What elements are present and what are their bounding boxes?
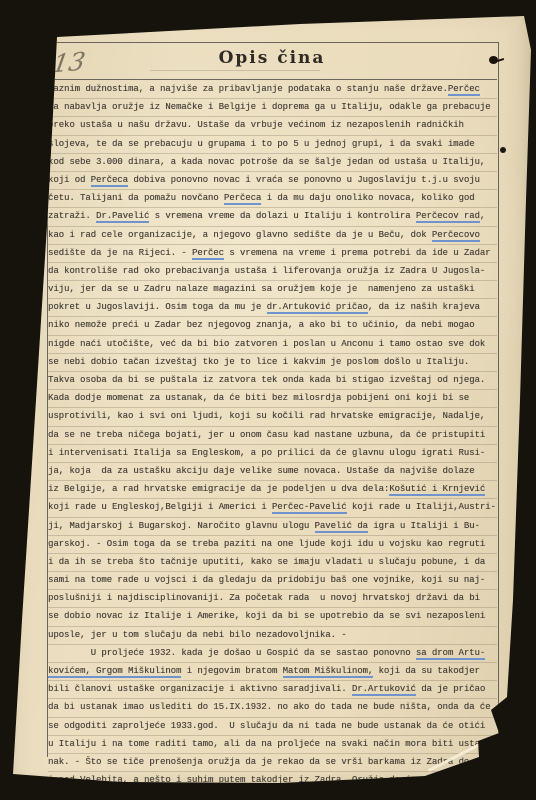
text-line: koji rade u Engleskoj,Belgiji i Americi … [48,499,497,517]
blue-underlined-text: kovićem, Grgom Miškulinom [48,666,181,676]
text-segment: preko ustaša u našu državu. Ustaše da vr… [48,120,464,130]
blue-underlined-text: Perčec [192,248,224,258]
blue-underlined-text: Košutić i Krnjević [389,484,485,494]
text-segment: Takva osoba da bi se puštala iz zatvora … [48,375,485,385]
title-underline-rule [47,79,497,80]
text-line: u Italiju i na tome raditi tamo, ali da … [48,736,497,754]
text-line: sedište da je na Rijeci. - Perčec s vrem… [48,245,497,263]
text-line: da bi ustanak imao uslediti do 15.IX.193… [48,699,497,717]
blue-underlined-text: Perčec-Pavelić [272,502,347,512]
text-line: kovićem, Grgom Miškulinom i njegovim bra… [48,663,497,681]
blue-underlined-text: Dr.Pavelić [96,211,149,221]
text-segment: , da iz naših krajeva [368,302,480,312]
text-line: nigde naći utočište, već da bi bio zatvo… [48,336,497,354]
text-line: garskoj. - Osim toga da se treba paziti … [48,536,497,554]
text-line: iz Belgije, a rad hrvatske emigracije da… [48,481,497,499]
text-segment: igra u Italiji i Bu- [368,521,480,531]
text-segment: usprotivili, kao i svi oni ljudi, koji s… [48,411,485,421]
text-segment: ispod Velebita, a nešto i suhim putem ta… [48,775,469,785]
text-line: usprotivili, kao i svi oni ljudi, koji s… [48,408,497,426]
text-line: koji od Perčeca dobiva ponovno novac i v… [48,172,497,190]
text-segment: i intervenisati Italija sa Engleskom, a … [48,448,485,458]
text-segment: U proljeće 1932. kada je došao u Gospić … [48,648,416,658]
text-segment: bili članovi ustaške organizacije i akti… [48,684,352,694]
text-segment: , [480,211,485,221]
text-line: da se ne treba ničega bojati, jer u onom… [48,427,497,445]
text-line: se odgoditi zaproljeće 1933.god. U sluča… [48,718,497,736]
text-segment: niko nemože preći u Zadar bez njegovog z… [48,320,474,330]
text-segment: kao i rad cele organizacije, a njegovo g… [48,230,432,240]
text-line: U proljeće 1932. kada je došao u Gospić … [48,645,497,663]
text-line: Kada dodje momenat za ustanak, da će bit… [48,390,497,408]
text-line: ja, koja da za ustašku akciju daje velik… [48,463,497,481]
text-segment: nak. - Što se tiče prenošenja oružja da … [48,757,469,767]
text-line: kao i rad cele organizacije, a njegovo g… [48,227,497,245]
text-line: pokret u Jugoslaviji. Osim toga da mu je… [48,299,497,317]
blue-underlined-text: Perčecov rad [416,211,480,221]
text-segment: se nebi dobio tačan izveštaj tko je to l… [48,357,469,367]
text-line: da nabavlja oružje iz Nemačke i Belgije … [48,99,497,117]
text-segment: Kada dodje momenat za ustanak, da će bit… [48,393,469,403]
text-segment: ja, koja da za ustašku akciju daje velik… [48,466,474,476]
text-segment: garskoj. - Osim toga da se treba paziti … [48,539,485,549]
text-segment: dobiva ponovno novac i vraća se ponovno … [128,175,480,185]
text-line: se dobio novac iz Italije i Amerike, koj… [48,608,497,626]
text-line: ji, Madjarskoj i Bugarskoj. Naročito gla… [48,518,497,536]
text-segment: da bi ustanak imao uslediti do 15.IX.193… [48,702,490,712]
text-segment: uposle, jer u tom slučaju da nebi bilo n… [48,630,347,640]
blue-underlined-text: Perčeca [91,175,128,185]
ink-blot-tail [497,58,504,62]
text-segment: koji rade u Italiji,Austri- [347,502,496,512]
text-segment: slojeva, te da se prebacuju u grupama i … [48,139,474,149]
text-segment: s vremena vreme da dolazi u Italiju i ko… [149,211,416,221]
text-line: poslušniji i najdisciplinovaniji. Za poč… [48,590,497,608]
text-line: kod sebe 3.000 dinara, a kada novac potr… [48,154,497,172]
text-segment: da nabavlja oružje iz Nemačke i Belgije … [48,102,490,112]
text-segment: se dobio novac iz Italije i Amerike, koj… [48,611,485,621]
text-segment: i da ih se treba što tačnije uputiti, ka… [48,557,485,567]
document-page: 13 Opis čina raznim dužnostima, a najviš… [0,0,536,800]
blue-underlined-text: sa drom Artu- [416,648,485,658]
text-line: ispod Velebita, a nešto i suhim putem ta… [48,772,497,790]
text-segment: sedište da je na Rijeci. - [48,248,192,258]
blue-underlined-text: Dr.Artuković [352,684,416,694]
blue-underlined-text: dr.Artuković pričao [267,302,368,312]
text-line: bili članovi ustaške organizacije i akti… [48,681,497,699]
text-segment: da je pričao [416,684,485,694]
text-segment: poslušniji i najdisciplinovaniji. Za poč… [48,593,480,603]
photo-background: 13 Opis čina raznim dužnostima, a najviš… [0,0,536,800]
text-line: se nebi dobio tačan izveštaj tko je to l… [48,354,497,372]
blue-underlined-text: Perčec [448,84,480,94]
document-title: Opis čina [47,48,497,68]
blue-underlined-text: Perčeca [224,193,261,203]
typewritten-text: raznim dužnostima, a najviše za pribavlj… [48,81,497,790]
text-segment: zatraži. [48,211,96,221]
text-segment: koji rade u Engleskoj,Belgiji i Americi … [48,502,272,512]
text-segment: i da mu daju onoliko novaca, koliko god [261,193,474,203]
text-line: i da ih se treba što tačnije uputiti, ka… [48,554,497,572]
text-line: sami na tome rade u vojsci i da gledaju … [48,572,497,590]
ink-dot-icon [500,147,506,153]
blue-underlined-text: Perčecovo [432,230,480,240]
text-line: da kontroliše rad oko prebacivanja ustaš… [48,263,497,281]
text-segment: da se ne treba ničega bojati, jer u onom… [48,430,485,440]
pencil-smudge [150,70,320,71]
text-segment: koji da su takodjer [373,666,480,676]
text-segment: da kontroliše rad oko prebacivanja ustaš… [48,266,485,276]
text-segment: raznim dužnostima, a najviše za pribavlj… [48,84,448,94]
text-segment: s vremena na vreme i prema potrebi da id… [224,248,491,258]
text-segment: u Italiju i na tome raditi tamo, ali da … [48,739,485,749]
blue-underlined-text: Pavelić da [315,521,368,531]
blue-underlined-text: Matom Miškulinom, [283,666,374,676]
text-segment: pokret u Jugoslaviji. Osim toga da mu je [48,302,267,312]
text-line: uposle, jer u tom slučaju da nebi bilo n… [48,627,497,645]
text-line: viju, jer da se u Zadru nalaze magazini … [48,281,497,299]
text-line: slojeva, te da se prebacuju u grupama i … [48,136,497,154]
text-line: i intervenisati Italija sa Engleskom, a … [48,445,497,463]
text-line: raznim dužnostima, a najviše za pribavlj… [48,81,497,99]
text-segment: koji od [48,175,91,185]
text-segment: sami na tome rade u vojsci i da gledaju … [48,575,485,585]
text-line: Takva osoba da bi se puštala iz zatvora … [48,372,497,390]
text-line: niko nemože preći u Zadar bez njegovog z… [48,317,497,335]
text-line: četu. Talijani da pomažu novčano Perčeca… [48,190,497,208]
text-segment: i njegovim bratom [181,666,282,676]
text-segment: četu. Talijani da pomažu novčano [48,193,224,203]
text-line: preko ustaša u našu državu. Ustaše da vr… [48,117,497,135]
text-segment: se odgoditi zaproljeće 1933.god. U sluča… [48,721,485,731]
text-line: zatraži. Dr.Pavelić s vremena vreme da d… [48,208,497,226]
text-segment: ji, Madjarskoj i Bugarskoj. Naročito gla… [48,521,315,531]
text-segment: nigde naći utočište, već da bi bio zatvo… [48,339,485,349]
text-segment: kod sebe 3.000 dinara, a kada novac potr… [48,157,485,167]
text-segment: viju, jer da se u Zadru nalaze magazini … [48,284,474,294]
text-segment: iz Belgije, a rad hrvatske emigracije da… [48,484,389,494]
